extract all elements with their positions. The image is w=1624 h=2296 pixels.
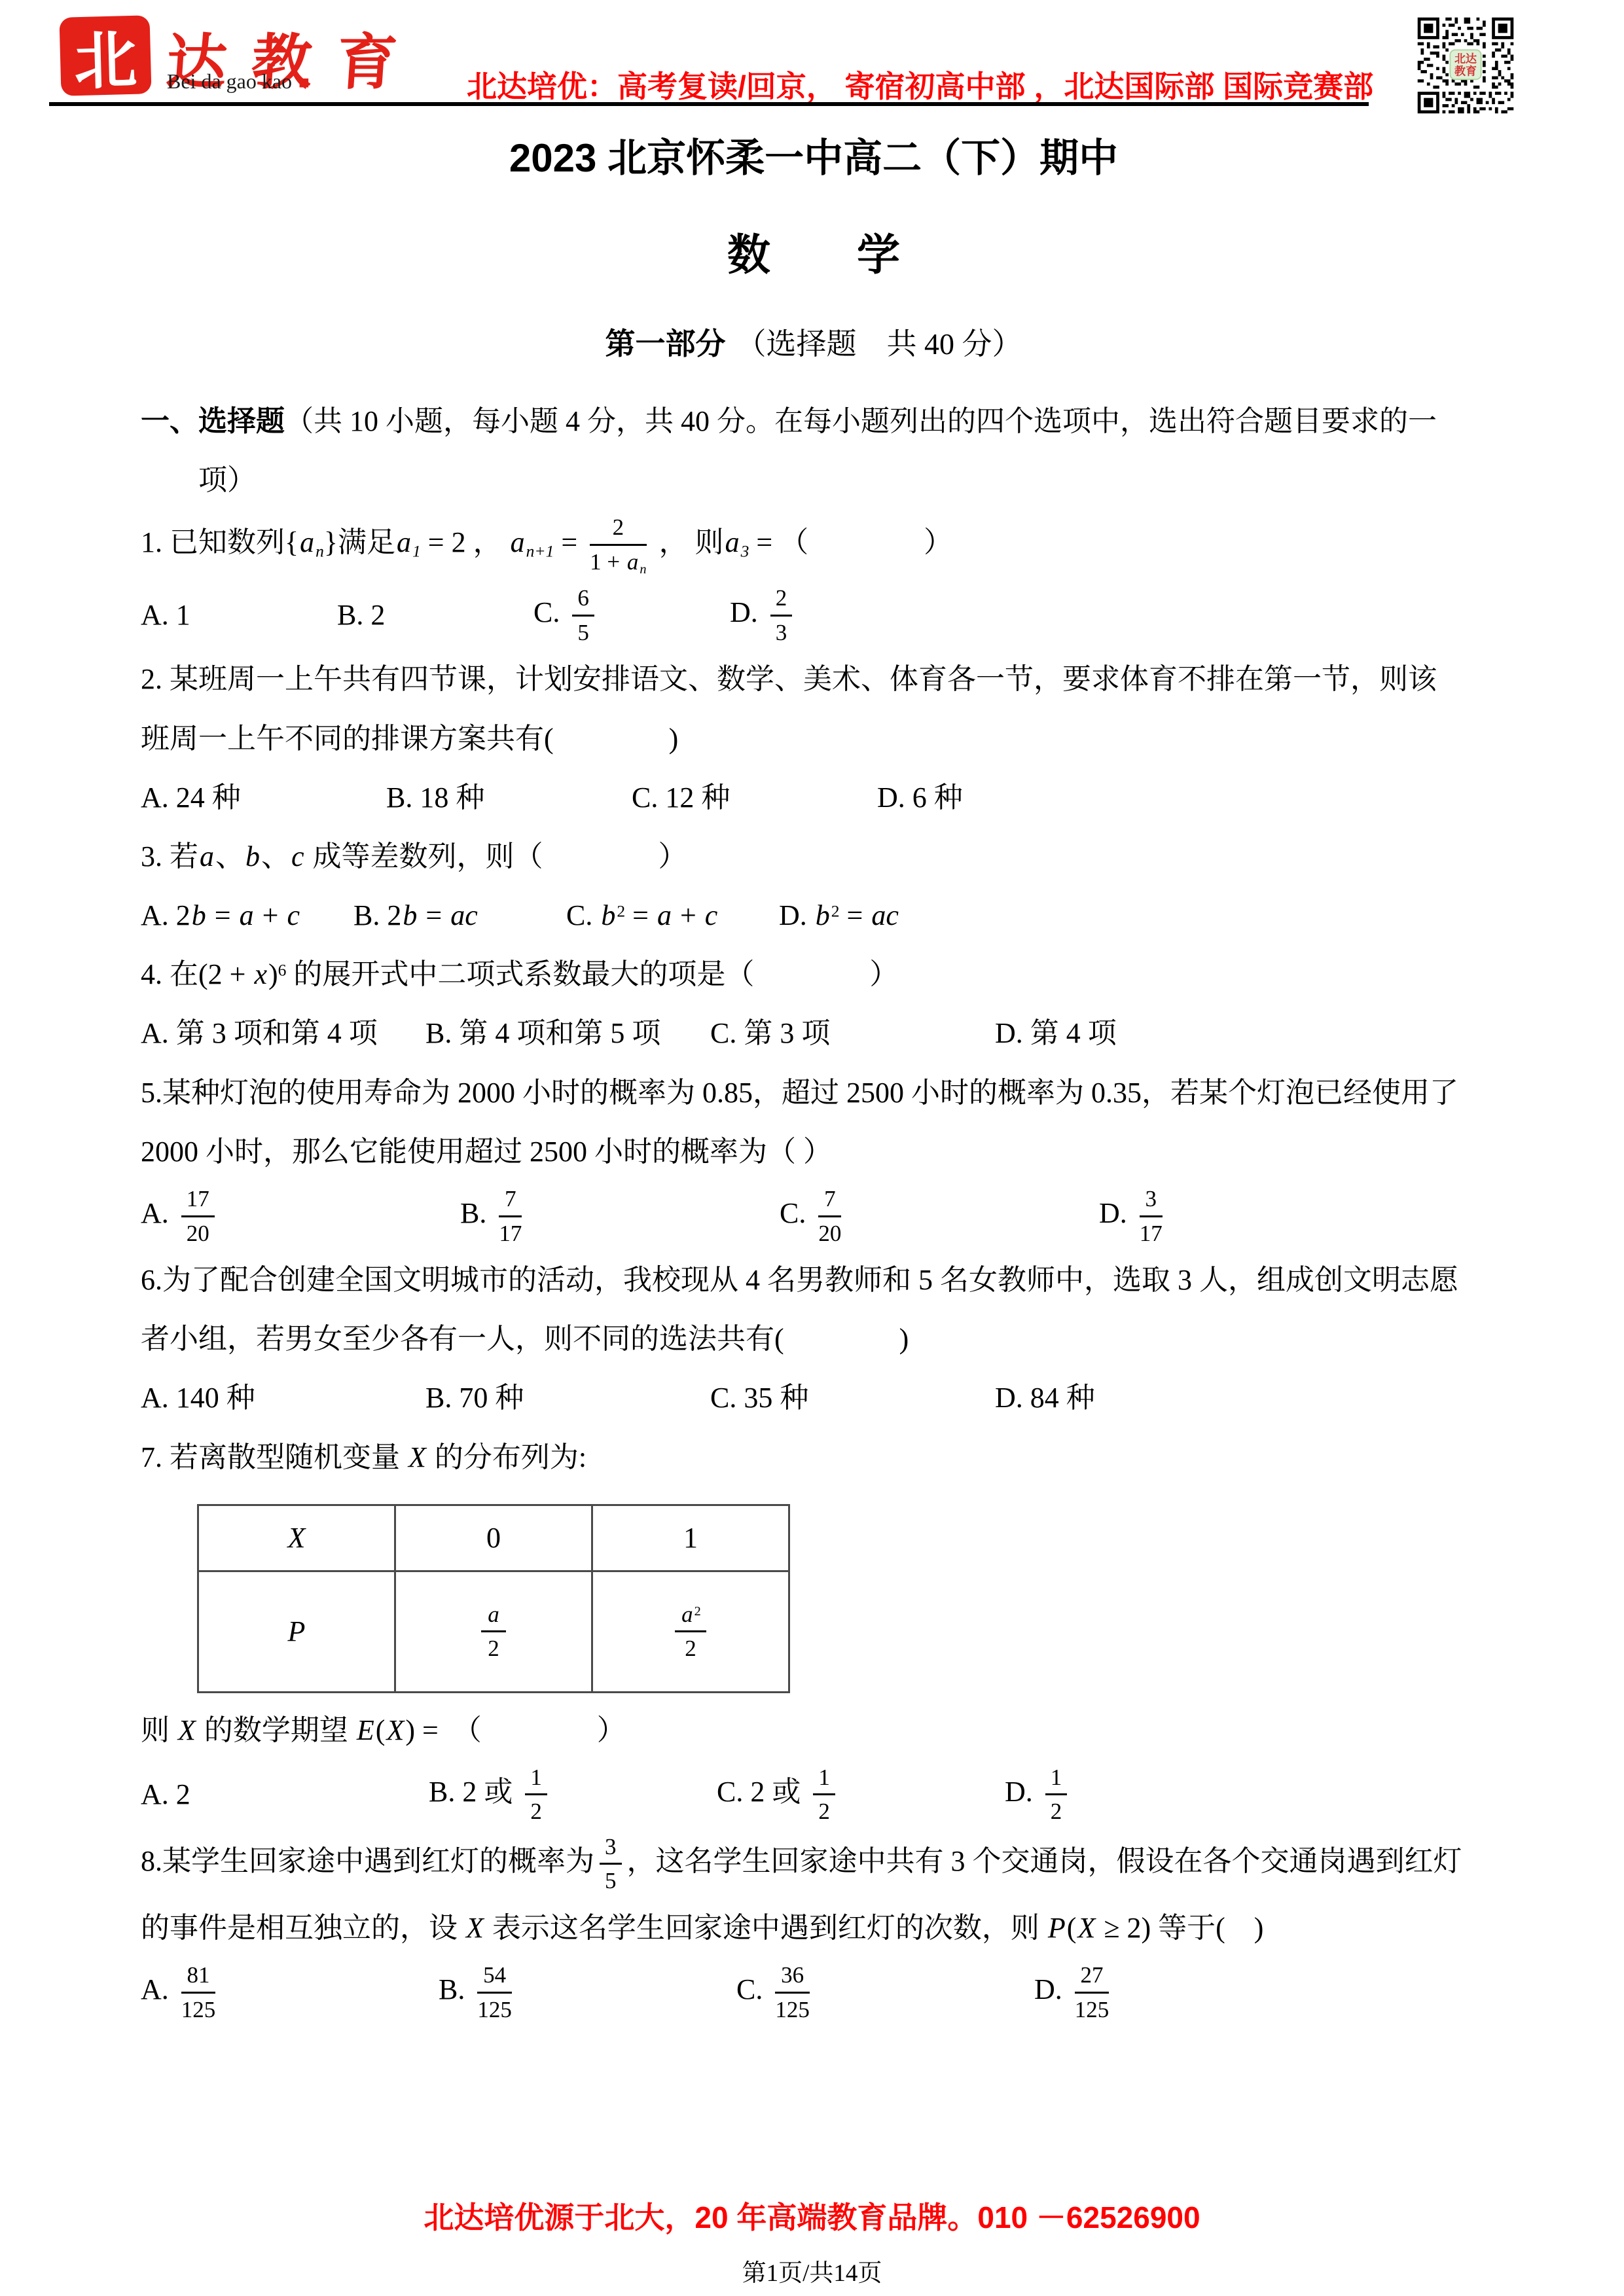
option: D. 317	[1099, 1181, 1418, 1251]
section-instructions: 一、选择题（共 10 小题，每小题 4 分，共 40 分。在每小题列出的四个选项…	[141, 392, 1487, 510]
subject-title: 数 学	[141, 220, 1487, 282]
option: C. 36125	[736, 1958, 1034, 2027]
exam-title: 2023 北京怀柔一中高二（下）期中	[141, 127, 1487, 183]
options-row: A. 2B. 2 或 12C. 2 或 12D. 12	[141, 1760, 1487, 1829]
question-line: 1. 已知数列{an}满足a1 = 2 ， an+1 = 21 + an ， 则…	[141, 510, 1487, 581]
option: B. 18 种	[386, 768, 632, 827]
options-row: A. 第 3 项和第 4 项B. 第 4 项和第 5 项C. 第 3 项D. 第…	[141, 1004, 1487, 1063]
fraction: 720	[818, 1184, 841, 1248]
distribution-table: X01Pa2a22	[197, 1504, 790, 1693]
question-5: 5.某种灯泡的使用寿命为 2000 小时的概率为 0.85，超过 2500 小时…	[141, 1064, 1487, 1251]
option: A. 24 种	[141, 768, 386, 827]
question-line: 2000 小时，那么它能使用超过 2500 小时的概率为（ ）	[141, 1122, 1487, 1181]
option: A. 2b = a + c	[141, 886, 353, 945]
instructions-rest: （共 10 小题，每小题 4 分，共 40 分。在每小题列出的四个选项中，选出符…	[285, 405, 1437, 437]
instructions-lead: 一、选择题	[141, 405, 285, 437]
table-cell: 0	[395, 1505, 592, 1571]
fraction: 1720	[181, 1184, 215, 1248]
option: D. b2 = ac	[779, 886, 992, 945]
option: A. 81125	[141, 1958, 439, 2027]
part-label: 第一部分	[605, 327, 726, 361]
option: B. 70 种	[425, 1369, 710, 1427]
option: A. 1	[141, 586, 337, 645]
fraction: 81125	[181, 1960, 216, 2024]
table-cell: X	[198, 1505, 395, 1571]
options-row: A. 24 种B. 18 种C. 12 种D. 6 种	[141, 768, 1487, 827]
question-line: 6.为了配合创建全国文明城市的活动，我校现从 4 名男教师和 5 名女教师中，选…	[141, 1251, 1487, 1310]
question-line: 2. 某班周一上午共有四节课，计划安排语文、数学、美术、体育各一节，要求体育不排…	[141, 650, 1487, 709]
question-line: 班周一上午不同的排课方案共有( )	[141, 709, 1487, 768]
question-line: 3. 若a、b、c 成等差数列，则（ ）	[141, 827, 1487, 886]
option: C. 2 或 12	[717, 1760, 1005, 1829]
header-tagline: 北达培优：高考复读/回京， 寄宿初高中部 ，北达国际部 国际竞赛部	[467, 63, 1373, 106]
question-line: 5.某种灯泡的使用寿命为 2000 小时的概率为 0.85，超过 2500 小时…	[141, 1064, 1487, 1122]
fraction: 35	[600, 1832, 622, 1896]
instructions-line1: 一、选择题（共 10 小题，每小题 4 分，共 40 分。在每小题列出的四个选项…	[141, 392, 1487, 451]
fraction: 717	[499, 1184, 522, 1248]
option: B. 2	[337, 586, 533, 645]
option: D. 27125	[1034, 1958, 1332, 2027]
instructions-line2: 项）	[198, 451, 1487, 510]
question-6: 6.为了配合创建全国文明城市的活动，我校现从 4 名男教师和 5 名女教师中，选…	[141, 1251, 1487, 1428]
fraction: 12	[813, 1763, 835, 1827]
seal-character: 北	[73, 10, 138, 101]
table-cell: 1	[592, 1505, 789, 1571]
fraction: 12	[1045, 1763, 1068, 1827]
question-7: 7. 若离散型随机变量 X 的分布列为:X01Pa2a22则 X 的数学期望 E…	[141, 1428, 1487, 1829]
red-square-icon: ■	[298, 73, 310, 93]
brand-pinyin-text: Bei da gao kao	[167, 69, 292, 93]
question-4: 4. 在(2 + x)6 的展开式中二项式系数最大的项是（ ）A. 第 3 项和…	[141, 945, 1487, 1063]
option: A. 140 种	[141, 1369, 425, 1427]
option: A. 第 3 项和第 4 项	[141, 1004, 425, 1063]
question-list: 1. 已知数列{an}满足a1 = 2 ， an+1 = 21 + an ， 则…	[141, 510, 1487, 2027]
table-row: X01	[198, 1505, 789, 1571]
fraction: 12	[525, 1763, 547, 1827]
table-cell: a22	[592, 1571, 789, 1692]
options-row: A. 2b = a + cB. 2b = acC. b2 = a + cD. b…	[141, 886, 1487, 945]
option: C. 720	[780, 1181, 1099, 1251]
question-2: 2. 某班周一上午共有四节课，计划安排语文、数学、美术、体育各一节，要求体育不排…	[141, 650, 1487, 827]
table-cell: a2	[395, 1571, 592, 1692]
option: D. 第 4 项	[995, 1004, 1117, 1063]
fraction: 23	[770, 583, 793, 647]
question-line: 则 X 的数学期望 E(X) = （ ）	[141, 1701, 1487, 1760]
fraction: 54125	[477, 1960, 512, 2024]
option: B. 717	[460, 1181, 780, 1251]
exam-body: 2023 北京怀柔一中高二（下）期中 数 学 第一部分（选择题 共 40 分） …	[141, 111, 1487, 2027]
footer-slogan: 北达培优源于北大，20 年高端教育品牌。010 －62526900	[0, 2194, 1624, 2237]
qr-sticker-line2: 教育	[1454, 65, 1477, 78]
option: A. 2	[141, 1765, 429, 1824]
options-row: A. 140 种B. 70 种C. 35 种D. 84 种	[141, 1369, 1487, 1427]
question-1: 1. 已知数列{an}满足a1 = 2 ， an+1 = 21 + an ， 则…	[141, 510, 1487, 650]
qr-sticker-line1: 北达	[1454, 52, 1477, 65]
fraction: a2	[481, 1600, 506, 1664]
options-row: A. 1720B. 717C. 720D. 317	[141, 1181, 1487, 1251]
option: D. 6 种	[877, 768, 1123, 827]
brand-pinyin: Bei da gao kao■	[167, 69, 310, 94]
question-line: 8.某学生回家途中遇到红灯的概率为35，这名学生回家途中共有 3 个交通岗，假设…	[141, 1829, 1487, 1899]
option: C. 12 种	[632, 768, 877, 827]
brand-seal-icon: 北	[62, 17, 150, 94]
qr-code-icon: 北达 教育	[1411, 14, 1521, 117]
option: B. 2b = ac	[353, 886, 566, 945]
question-line: 的事件是相互独立的，设 X 表示这名学生回家途中遇到红灯的次数，则 P(X ≥ …	[141, 1899, 1487, 1958]
option: C. b2 = a + c	[566, 886, 779, 945]
fraction: 317	[1140, 1184, 1163, 1248]
question-line: 者小组，若男女至少各有一人，则不同的选法共有( )	[141, 1310, 1487, 1369]
question-line: 4. 在(2 + x)6 的展开式中二项式系数最大的项是（ ）	[141, 945, 1487, 1004]
fraction: 27125	[1075, 1960, 1110, 2024]
option: B. 第 4 项和第 5 项	[425, 1004, 710, 1063]
fraction: 21 + an	[590, 512, 646, 578]
option: B. 2 或 12	[429, 1760, 717, 1829]
fraction: 36125	[775, 1960, 810, 2024]
question-8: 8.某学生回家途中遇到红灯的概率为35，这名学生回家途中共有 3 个交通岗，假设…	[141, 1829, 1487, 2027]
header-divider	[49, 102, 1369, 106]
option: D. 84 种	[995, 1369, 1095, 1427]
exam-page: 北 达教育 Bei da gao kao■ 北达培优：高考复读/回京， 寄宿初高…	[0, 0, 1624, 2296]
part-heading: 第一部分（选择题 共 40 分）	[141, 320, 1487, 363]
option: C. 35 种	[710, 1369, 995, 1427]
page-number: 第1页/共14页	[0, 2253, 1624, 2288]
part-desc: （选择题 共 40 分）	[736, 327, 1022, 361]
option: D. 12	[1005, 1760, 1293, 1829]
option: C. 第 3 项	[710, 1004, 995, 1063]
table-cell: P	[198, 1571, 395, 1692]
options-row: A. 81125B. 54125C. 36125D. 27125	[141, 1958, 1487, 2027]
option: C. 65	[533, 581, 730, 650]
option: A. 1720	[141, 1181, 460, 1251]
option: D. 23	[730, 581, 926, 650]
fraction: a22	[675, 1600, 706, 1664]
question-line: 7. 若离散型随机变量 X 的分布列为:	[141, 1428, 1487, 1487]
fraction: 65	[572, 583, 594, 647]
options-row: A. 1B. 2C. 65D. 23	[141, 581, 1487, 650]
table-row: Pa2a22	[198, 1571, 789, 1692]
option: B. 54125	[439, 1958, 736, 2027]
question-3: 3. 若a、b、c 成等差数列，则（ ）A. 2b = a + cB. 2b =…	[141, 827, 1487, 945]
